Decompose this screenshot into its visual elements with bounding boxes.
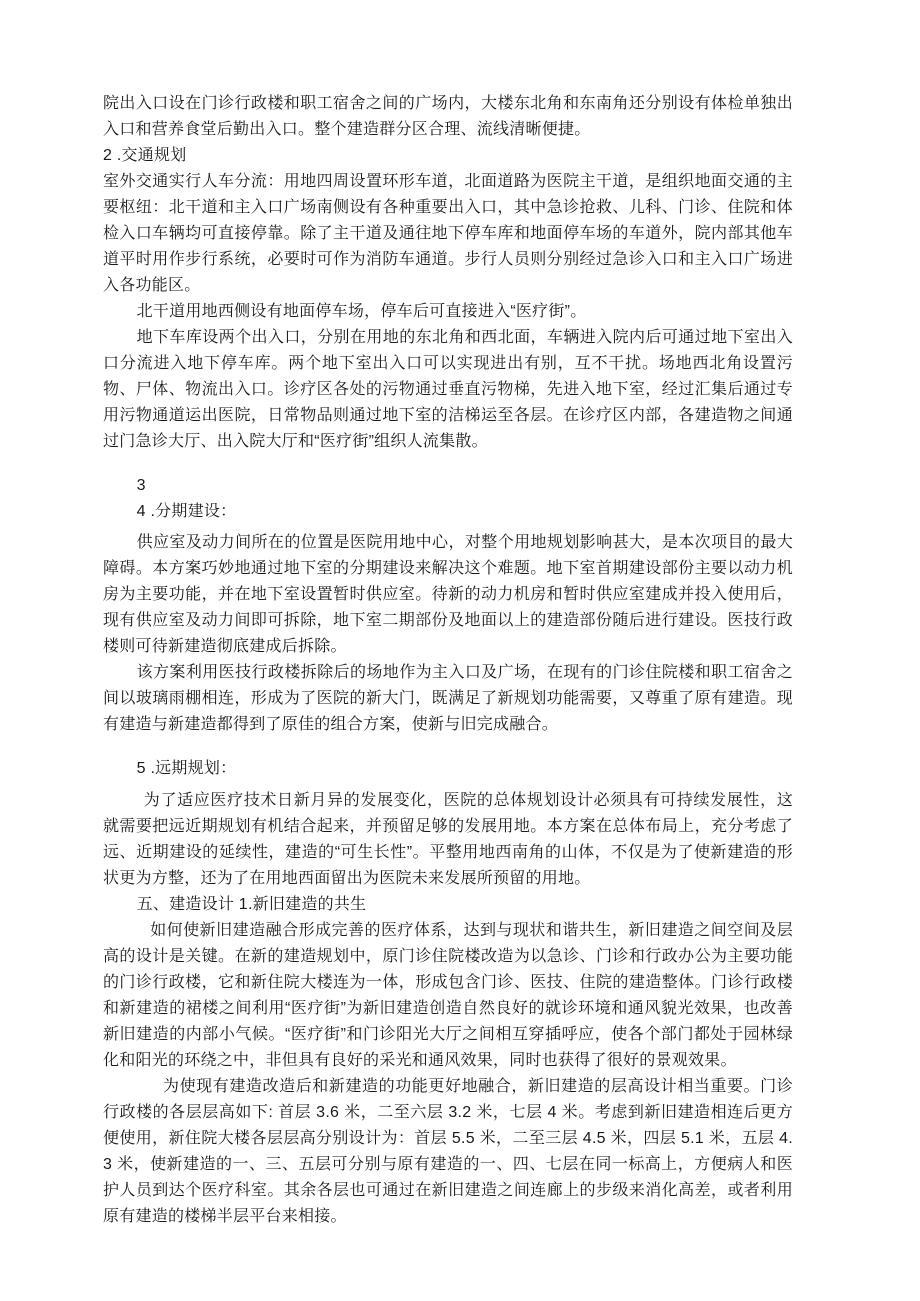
heading-phased-construction: 4 .分期建设：	[103, 499, 793, 525]
paragraph-old-new-integration: 如何使新旧建造融合形成完善的医疗体系，达到与现状和谐共生，新旧建造之间空间及层高…	[103, 918, 793, 1074]
heading-long-term-planning: 5 .远期规划：	[103, 756, 793, 782]
heading-traffic-planning: 2 .交通规划	[103, 143, 793, 169]
paragraph-floor-heights: 为使现有建造改造后和新建造的功能更好地融合，新旧建造的层高设计相当重要。门诊行政…	[103, 1074, 793, 1230]
heading-building-design-symbiosis: 五、建造设计 1.新旧建造的共生	[103, 892, 793, 918]
document-page: 院出入口设在门诊行政楼和职工宿舍之间的广场内，大楼东北角和东南角还分别设有体检单…	[0, 0, 920, 1301]
paragraph-outdoor-traffic: 室外交通实行人车分流：用地四周设置环形车道，北面道路为医院主干道，是组织地面交通…	[103, 169, 793, 299]
paragraph-sustainable-growth: 为了适应医疗技术日新月异的发展变化，医院的总体规划设计必须具有可持续发展性，这就…	[103, 788, 793, 892]
paragraph-entrance-layout: 院出入口设在门诊行政楼和职工宿舍之间的广场内，大楼东北角和东南角还分别设有体检单…	[103, 91, 793, 143]
orphan-number-3: 3	[103, 473, 793, 499]
paragraph-supply-room-phasing: 供应室及动力间所在的位置是医院用地中心，对整个用地规划影响甚大，是本次项目的最大…	[103, 530, 793, 660]
paragraph-surface-parking: 北干道用地西侧设有地面停车场，停车后可直接进入“医疗街”。	[103, 299, 793, 325]
paragraph-new-main-entrance: 该方案利用医技行政楼拆除后的场地作为主入口及广场，在现有的门诊住院楼和职工宿舍之…	[103, 660, 793, 738]
paragraph-underground-garage: 地下车库设两个出入口，分别在用地的东北角和西北面，车辆进入院内后可通过地下室出入…	[103, 325, 793, 455]
